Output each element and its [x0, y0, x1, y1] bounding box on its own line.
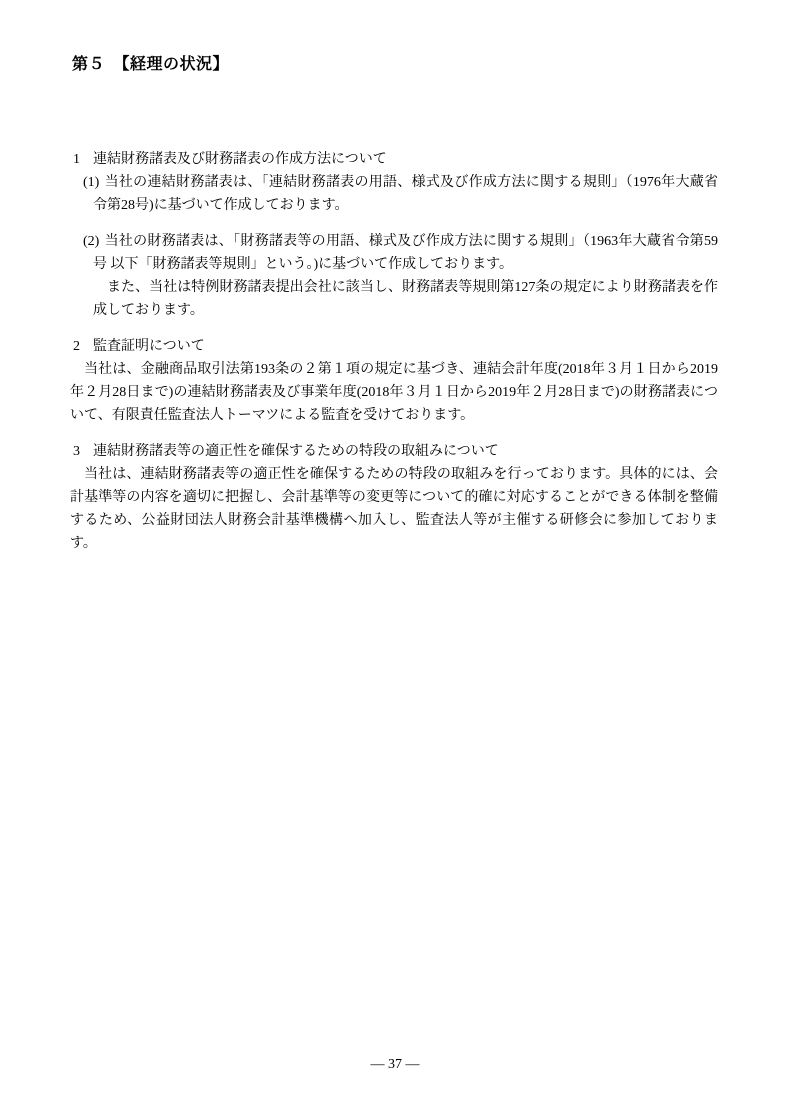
- section-audit-certification: 2監査証明について 当社は、金融商品取引法第193条の２第１項の規定に基づき、連…: [70, 335, 718, 427]
- item-2-paragraph: (2)当社の財務諸表は、「財務諸表等の用語、様式及び作成方法に関する規則」（19…: [93, 230, 718, 276]
- section-body-paragraph: 当社は、金融商品取引法第193条の２第１項の規定に基づき、連結会計年度(2018…: [70, 358, 718, 427]
- item-1-paragraph: (1)当社の連結財務諸表は、「連結財務諸表の用語、様式及び作成方法に関する規則」…: [93, 171, 718, 217]
- section-heading: 1連結財務諸表及び財務諸表の作成方法について: [70, 148, 718, 171]
- item-1-label: (1): [83, 175, 99, 190]
- section-number: 1: [73, 148, 80, 171]
- section-heading: 2監査証明について: [70, 335, 718, 358]
- section-preparation-method: 1連結財務諸表及び財務諸表の作成方法について (1)当社の連結財務諸表は、「連結…: [70, 148, 718, 322]
- document-page: 第５ 【経理の状況】 1連結財務諸表及び財務諸表の作成方法について (1)当社の…: [0, 0, 790, 1118]
- section-title: 連結財務諸表及び財務諸表の作成方法について: [93, 152, 387, 167]
- section-number: 3: [73, 440, 80, 463]
- page-title: 第５ 【経理の状況】: [72, 0, 790, 76]
- section-title: 連結財務諸表等の適正性を確保するための特段の取組みについて: [93, 444, 499, 459]
- section-heading: 3連結財務諸表等の適正性を確保するための特段の取組みについて: [70, 440, 718, 463]
- section-title: 監査証明について: [93, 339, 205, 354]
- section-body-paragraph: 当社は、連結財務諸表等の適正性を確保するための特段の取組みを行っております。具体…: [70, 463, 718, 555]
- item-1-text: 当社の連結財務諸表は、「連結財務諸表の用語、様式及び作成方法に関する規則」（19…: [93, 175, 718, 213]
- item-2-text: 当社の財務諸表は、「財務諸表等の用語、様式及び作成方法に関する規則」（1963年…: [93, 234, 718, 272]
- item-2-continuation: また、当社は特例財務諸表提出会社に該当し、財務諸表等規則第127条の規定により財…: [93, 276, 718, 322]
- section-number: 2: [73, 335, 80, 358]
- page-number: ― 37 ―: [0, 1056, 790, 1074]
- section-special-initiatives: 3連結財務諸表等の適正性を確保するための特段の取組みについて 当社は、連結財務諸…: [70, 440, 718, 555]
- item-2-label: (2): [83, 234, 99, 249]
- document-body: 1連結財務諸表及び財務諸表の作成方法について (1)当社の連結財務諸表は、「連結…: [70, 148, 718, 555]
